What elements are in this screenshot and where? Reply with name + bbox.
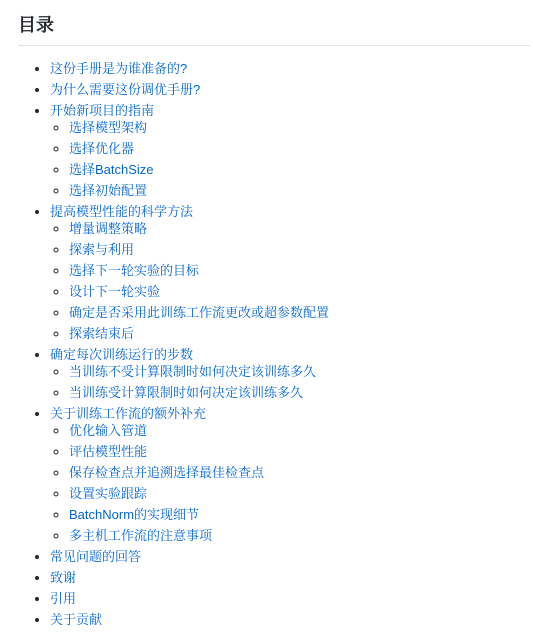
toc-sublink[interactable]: 探索结束后 xyxy=(69,326,134,341)
toc-sublink[interactable]: 选择模型架构 xyxy=(69,120,147,135)
toc-subitem: 增量调整策略 xyxy=(69,220,530,237)
toc-subitem: 确定是否采用此训练工作流更改或超参数配置 xyxy=(69,304,530,321)
toc-subitem: BatchNorm的实现细节 xyxy=(69,506,530,523)
toc-subitem: 设置实验跟踪 xyxy=(69,485,530,502)
toc-link[interactable]: 关于训练工作流的额外补充 xyxy=(50,406,206,421)
toc-link[interactable]: 引用 xyxy=(50,591,76,606)
toc-subitem: 保存检查点并追溯选择最佳检查点 xyxy=(69,464,530,481)
toc-link[interactable]: 致谢 xyxy=(50,570,76,585)
toc-sublink[interactable]: 多主机工作流的注意事项 xyxy=(69,528,212,543)
toc-sublink[interactable]: 选择BatchSize xyxy=(69,162,154,177)
toc-link[interactable]: 常见问题的回答 xyxy=(50,549,141,564)
toc-item: 关于贡献 xyxy=(50,611,530,628)
toc-subitem: 当训练受计算限制时如何决定该训练多久 xyxy=(69,384,530,401)
toc-subitem: 设计下一轮实验 xyxy=(69,283,530,300)
toc-item: 为什么需要这份调优手册? xyxy=(50,81,530,98)
toc-link[interactable]: 这份手册是为谁准备的? xyxy=(50,61,187,76)
toc-subitem: 选择下一轮实验的目标 xyxy=(69,262,530,279)
toc-item: 提高模型性能的科学方法增量调整策略探索与利用选择下一轮实验的目标设计下一轮实验确… xyxy=(50,203,530,342)
toc-subitem: 当训练不受计算限制时如何决定该训练多久 xyxy=(69,363,530,380)
toc-sublist: 当训练不受计算限制时如何决定该训练多久当训练受计算限制时如何决定该训练多久 xyxy=(50,363,530,401)
toc-subitem: 优化输入管道 xyxy=(69,422,530,439)
toc-sublink[interactable]: 选择优化器 xyxy=(69,141,134,156)
toc-subitem: 选择优化器 xyxy=(69,140,530,157)
toc-sublist: 增量调整策略探索与利用选择下一轮实验的目标设计下一轮实验确定是否采用此训练工作流… xyxy=(50,220,530,342)
toc-sublink[interactable]: 探索与利用 xyxy=(69,242,134,257)
toc-link[interactable]: 确定每次训练运行的步数 xyxy=(50,347,193,362)
toc-sublink[interactable]: BatchNorm的实现细节 xyxy=(69,507,199,522)
toc-item: 这份手册是为谁准备的? xyxy=(50,60,530,77)
toc-sublink[interactable]: 评估模型性能 xyxy=(69,444,147,459)
toc-item: 常见问题的回答 xyxy=(50,548,530,565)
toc-sublist: 优化输入管道评估模型性能保存检查点并追溯选择最佳检查点设置实验跟踪BatchNo… xyxy=(50,422,530,544)
toc-link[interactable]: 关于贡献 xyxy=(50,612,102,627)
toc-sublink[interactable]: 当训练受计算限制时如何决定该训练多久 xyxy=(69,385,303,400)
toc-sublink[interactable]: 选择下一轮实验的目标 xyxy=(69,263,199,278)
toc-sublink[interactable]: 保存检查点并追溯选择最佳检查点 xyxy=(69,465,264,480)
toc-sublink[interactable]: 增量调整策略 xyxy=(69,221,147,236)
toc-item: 确定每次训练运行的步数当训练不受计算限制时如何决定该训练多久当训练受计算限制时如… xyxy=(50,346,530,401)
toc-list: 这份手册是为谁准备的?为什么需要这份调优手册?开始新项目的指南选择模型架构选择优… xyxy=(18,60,530,628)
page-title: 目录 xyxy=(18,14,530,46)
toc-subitem: 选择初始配置 xyxy=(69,182,530,199)
toc-subitem: 多主机工作流的注意事项 xyxy=(69,527,530,544)
toc-link[interactable]: 开始新项目的指南 xyxy=(50,103,154,118)
toc-item: 开始新项目的指南选择模型架构选择优化器选择BatchSize选择初始配置 xyxy=(50,102,530,199)
toc-page: 目录 这份手册是为谁准备的?为什么需要这份调优手册?开始新项目的指南选择模型架构… xyxy=(0,0,533,628)
toc-subitem: 选择BatchSize xyxy=(69,161,530,178)
toc-item: 关于训练工作流的额外补充优化输入管道评估模型性能保存检查点并追溯选择最佳检查点设… xyxy=(50,405,530,544)
toc-subitem: 探索与利用 xyxy=(69,241,530,258)
toc-sublink[interactable]: 优化输入管道 xyxy=(69,423,147,438)
toc-item: 引用 xyxy=(50,590,530,607)
toc-subitem: 选择模型架构 xyxy=(69,119,530,136)
toc-subitem: 探索结束后 xyxy=(69,325,530,342)
toc-item: 致谢 xyxy=(50,569,530,586)
toc-link[interactable]: 提高模型性能的科学方法 xyxy=(50,204,193,219)
toc-sublink[interactable]: 当训练不受计算限制时如何决定该训练多久 xyxy=(69,364,316,379)
toc-sublink[interactable]: 确定是否采用此训练工作流更改或超参数配置 xyxy=(69,305,329,320)
toc-sublink[interactable]: 设计下一轮实验 xyxy=(69,284,160,299)
toc-subitem: 评估模型性能 xyxy=(69,443,530,460)
toc-link[interactable]: 为什么需要这份调优手册? xyxy=(50,82,200,97)
toc-sublink[interactable]: 设置实验跟踪 xyxy=(69,486,147,501)
toc-sublink[interactable]: 选择初始配置 xyxy=(69,183,147,198)
toc-sublist: 选择模型架构选择优化器选择BatchSize选择初始配置 xyxy=(50,119,530,199)
